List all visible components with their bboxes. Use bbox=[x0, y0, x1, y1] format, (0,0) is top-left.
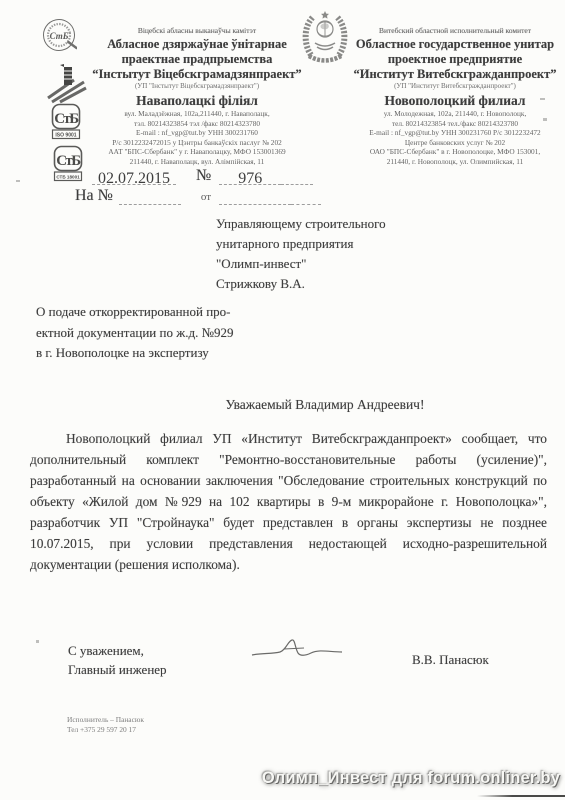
stb18001-label: СТБ 18001 bbox=[56, 175, 80, 180]
address-ru-1: ул. Молодежная, 102а, 211440, г. Новопол… bbox=[342, 109, 565, 119]
org-name-ru-2: проектное предприятие bbox=[342, 52, 565, 67]
address-by-6: 211440, г. Наваполацк, вул. Алімпійская,… bbox=[86, 157, 308, 167]
committee-name-ru: Витебский областной исполнительный комит… bbox=[342, 26, 565, 35]
branch-name-by: Наваполацкі філіял bbox=[86, 92, 308, 109]
subject-block: О подаче откорректированной про- ектной … bbox=[36, 302, 233, 364]
svg-text:СтБ: СтБ bbox=[50, 31, 69, 41]
org-abbrev-ru: (УП "Институт Витебскгражданпроект") bbox=[342, 82, 565, 91]
scan-speck bbox=[543, 118, 547, 121]
org-name-ru-1: Областное государственное унитар bbox=[342, 37, 565, 52]
executor-block: Исполнитель – Панасюк Тел +375 29 597 20… bbox=[67, 715, 144, 735]
outgoing-date: 02.07.2015 bbox=[92, 170, 176, 185]
address-ru-3: E-mail : nf_vgp@tut.by УНН 300231760 Р/с… bbox=[342, 128, 565, 138]
ot-label: от bbox=[201, 191, 211, 203]
org-name-by-1: Абласное дзяржаўнае ўнітарнае bbox=[86, 37, 308, 52]
address-ru-6: 211440, г. Новополоцк, ул. Олимпийская, … bbox=[342, 157, 565, 167]
address-ru-2: тел. 80214323854 тел./факс 80214323780 bbox=[342, 119, 565, 129]
committee-name-by: Віцебскі абласны выканаўчы камітэт bbox=[86, 26, 308, 35]
address-by-4: Р/с 3012232472015 у Цэнтры банкаўскіх па… bbox=[86, 138, 308, 148]
addressee-block: Управляющему строительного унитарного пр… bbox=[216, 214, 386, 294]
stb-iso9001-mark-icon: СтБ ISO 9001 bbox=[51, 103, 81, 146]
org-name-by-3: “Інстытут Віцебскграмадзянпраект” bbox=[86, 67, 308, 82]
scan-artifact-line bbox=[477, 795, 565, 797]
address-ru-5: ОАО "БПС-Сбербанк" в г. Новополоцке, МФО… bbox=[342, 147, 565, 157]
incoming-date-blank bbox=[219, 190, 291, 205]
handwritten-signature bbox=[250, 636, 345, 671]
addressee-line-1: Управляющему строительного bbox=[216, 214, 386, 234]
address-by-5: ААТ "БПС-Сбербанк" у г. Наваполацку, МФО… bbox=[86, 147, 308, 157]
watermark-text: Олимп_Инвест для forum.onliner.by bbox=[0, 769, 560, 788]
salutation: Уважаемый Владимир Андреевич! bbox=[140, 397, 510, 413]
scan-speck bbox=[36, 640, 39, 643]
number-sign: № bbox=[196, 167, 211, 184]
svg-text:СтБ: СтБ bbox=[56, 153, 81, 169]
subject-line-1: О подаче откорректированной про- bbox=[36, 302, 233, 323]
signatory-name: В.В. Панасюк bbox=[412, 652, 489, 668]
letterhead-right: Витебский областной исполнительный комит… bbox=[342, 26, 565, 167]
outgoing-number: 976 bbox=[219, 170, 281, 185]
subject-line-3: в г. Новополоцке на экспертизу bbox=[36, 343, 233, 364]
stb-quality-stamp-icon: СтБ bbox=[41, 17, 77, 62]
addressee-line-3: "Олимп-инвест" bbox=[216, 254, 386, 274]
scan-speck bbox=[16, 180, 20, 182]
address-by-1: вул. Маладзёжная, 102а,211440, г. Навапо… bbox=[86, 109, 308, 119]
address-by-3: E-mail : nf_vgp@tut.by УНН 300231760 bbox=[86, 128, 308, 138]
letterhead-left: Віцебскі абласны выканаўчы камітэт Аблас… bbox=[86, 26, 308, 167]
body-paragraph: Новополоцкий филиал УП «Институт Витебск… bbox=[30, 428, 547, 575]
addressee-line-2: унитарного предприятия bbox=[216, 234, 386, 254]
org-name-ru-3: “Институт Витебскгражданпроект” bbox=[342, 67, 565, 82]
executor-phone: Тел +375 29 597 20 17 bbox=[67, 725, 144, 735]
subject-line-2: ектной документации по ж.д. №929 bbox=[36, 323, 233, 344]
executor-name: Исполнитель – Панасюк bbox=[67, 715, 144, 725]
scan-speck bbox=[540, 98, 545, 100]
signature-closing: С уважением, bbox=[68, 641, 144, 660]
na-no-label: На № bbox=[75, 187, 113, 204]
svg-text:СтБ: СтБ bbox=[54, 111, 79, 127]
org-abbrev-by: (УП "Інстытут Віцебскграмадзянпраект") bbox=[86, 82, 308, 91]
addressee-line-4: Стрижкову В.А. bbox=[216, 274, 386, 294]
iso9001-label: ISO 9001 bbox=[55, 133, 76, 139]
incoming-number-blank bbox=[119, 190, 181, 205]
org-name-by-2: праектнае прадпрыемства bbox=[86, 52, 308, 67]
address-by-2: тэл. 80214323854 тэл /факс 80214323780 bbox=[86, 119, 308, 129]
branch-name-ru: Новополоцкий филиал bbox=[342, 92, 565, 109]
stb-18001-mark-icon: СтБ СТБ 18001 bbox=[53, 145, 83, 188]
scanned-letter-page: СтБ СтБ ISO 9001 СтБ bbox=[0, 0, 565, 800]
signature-title: Главный инженер bbox=[68, 660, 167, 679]
address-ru-4: Центре банковских услуг № 202 bbox=[342, 138, 565, 148]
